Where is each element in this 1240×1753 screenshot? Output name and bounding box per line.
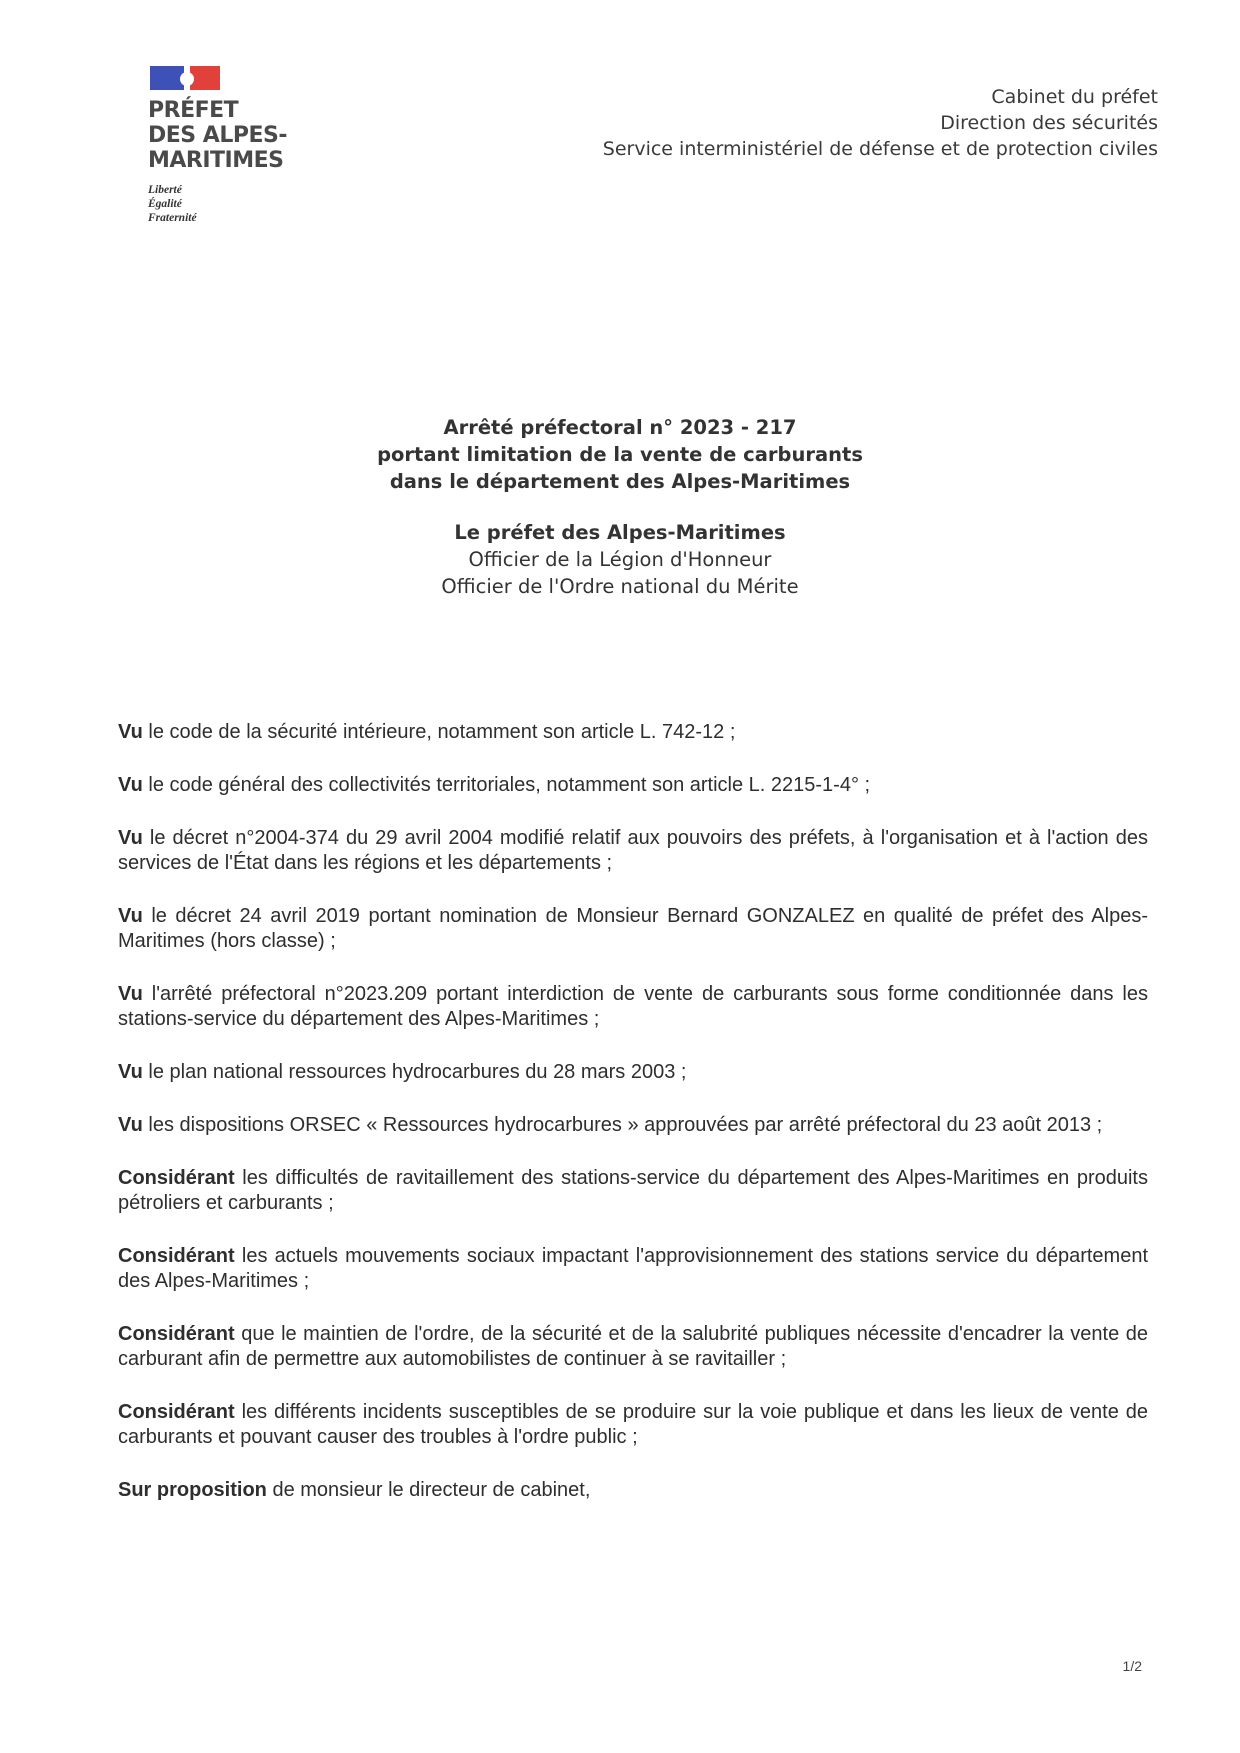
logo-motto: Liberté Égalité Fraternité xyxy=(148,183,328,225)
recital-paragraph: Vu les dispositions ORSEC « Ressources h… xyxy=(118,1113,1148,1138)
recital-lead: Considérant xyxy=(118,1167,235,1189)
recital-paragraph: Vu le code de la sécurité intérieure, no… xyxy=(118,720,1148,745)
recital-paragraph: Vu le plan national ressources hydrocarb… xyxy=(118,1060,1148,1085)
recital-text: le code de la sécurité intérieure, notam… xyxy=(143,721,736,743)
recital-text: de monsieur le directeur de cabinet, xyxy=(267,1479,591,1501)
decree-title: Arrêté préfectoral n° 2023 - 217 xyxy=(0,414,1240,441)
recital-text: les différents incidents susceptibles de… xyxy=(118,1401,1148,1448)
recital-text: le décret 24 avril 2019 portant nominati… xyxy=(118,905,1148,952)
recital-text: l'arrêté préfectoral n°2023.209 portant … xyxy=(118,983,1148,1030)
recital-paragraph: Considérant les différents incidents sus… xyxy=(118,1400,1148,1450)
recital-lead: Vu xyxy=(118,774,143,796)
decree-subtitle: dans le département des Alpes-Maritimes xyxy=(0,468,1240,495)
recital-lead: Considérant xyxy=(118,1401,235,1423)
recital-text: le code général des collectivités territ… xyxy=(143,774,870,796)
issuing-service-header: Cabinet du préfet Direction des sécurité… xyxy=(603,84,1158,162)
recital-paragraph: Vu le décret n°2004-374 du 29 avril 2004… xyxy=(118,826,1148,876)
recital-text: le plan national ressources hydrocarbure… xyxy=(143,1061,687,1083)
page-number: 1/2 xyxy=(1123,1658,1142,1674)
recital-text: les dispositions ORSEC « Ressources hydr… xyxy=(143,1114,1102,1136)
decree-body: Vu le code de la sécurité intérieure, no… xyxy=(118,720,1148,1531)
recital-lead: Sur proposition xyxy=(118,1479,267,1501)
honor-line: Officier de l'Ordre national du Mérite xyxy=(0,573,1240,600)
honor-line: Officier de la Légion d'Honneur xyxy=(0,546,1240,573)
recital-lead: Considérant xyxy=(118,1323,235,1345)
recital-lead: Vu xyxy=(118,1061,143,1083)
recital-lead: Vu xyxy=(118,983,143,1005)
recital-lead: Vu xyxy=(118,1114,143,1136)
recital-lead: Vu xyxy=(118,905,143,927)
logo-title: PRÉFET DES ALPES- MARITIMES xyxy=(148,98,328,173)
header-line: Service interministériel de défense et d… xyxy=(603,136,1158,162)
recital-text: que le maintien de l'ordre, de la sécuri… xyxy=(118,1323,1148,1370)
prefecture-logo: PRÉFET DES ALPES- MARITIMES Liberté Égal… xyxy=(148,64,328,225)
recital-paragraph: Vu le code général des collectivités ter… xyxy=(118,773,1148,798)
recital-paragraph: Vu le décret 24 avril 2019 portant nomin… xyxy=(118,904,1148,954)
recital-lead: Vu xyxy=(118,721,143,743)
recital-paragraph: Considérant les difficultés de ravitaill… xyxy=(118,1166,1148,1216)
header-line: Cabinet du préfet xyxy=(603,84,1158,110)
recital-text: le décret n°2004-374 du 29 avril 2004 mo… xyxy=(118,827,1148,874)
marianne-flag-icon xyxy=(150,64,220,94)
recital-paragraph: Considérant que le maintien de l'ordre, … xyxy=(118,1322,1148,1372)
header-line: Direction des sécurités xyxy=(603,110,1158,136)
recital-lead: Considérant xyxy=(118,1245,235,1267)
decree-title-block: Arrêté préfectoral n° 2023 - 217 portant… xyxy=(0,414,1240,600)
recital-paragraph: Considérant les actuels mouvements socia… xyxy=(118,1244,1148,1294)
recital-lead: Vu xyxy=(118,827,143,849)
decree-subtitle: portant limitation de la vente de carbur… xyxy=(0,441,1240,468)
recital-text: les difficultés de ravitaillement des st… xyxy=(118,1167,1148,1214)
recital-text: les actuels mouvements sociaux impactant… xyxy=(118,1245,1148,1292)
prefet-name: Le préfet des Alpes-Maritimes xyxy=(0,519,1240,546)
recital-paragraph: Sur proposition de monsieur le directeur… xyxy=(118,1478,1148,1503)
recital-paragraph: Vu l'arrêté préfectoral n°2023.209 porta… xyxy=(118,982,1148,1032)
